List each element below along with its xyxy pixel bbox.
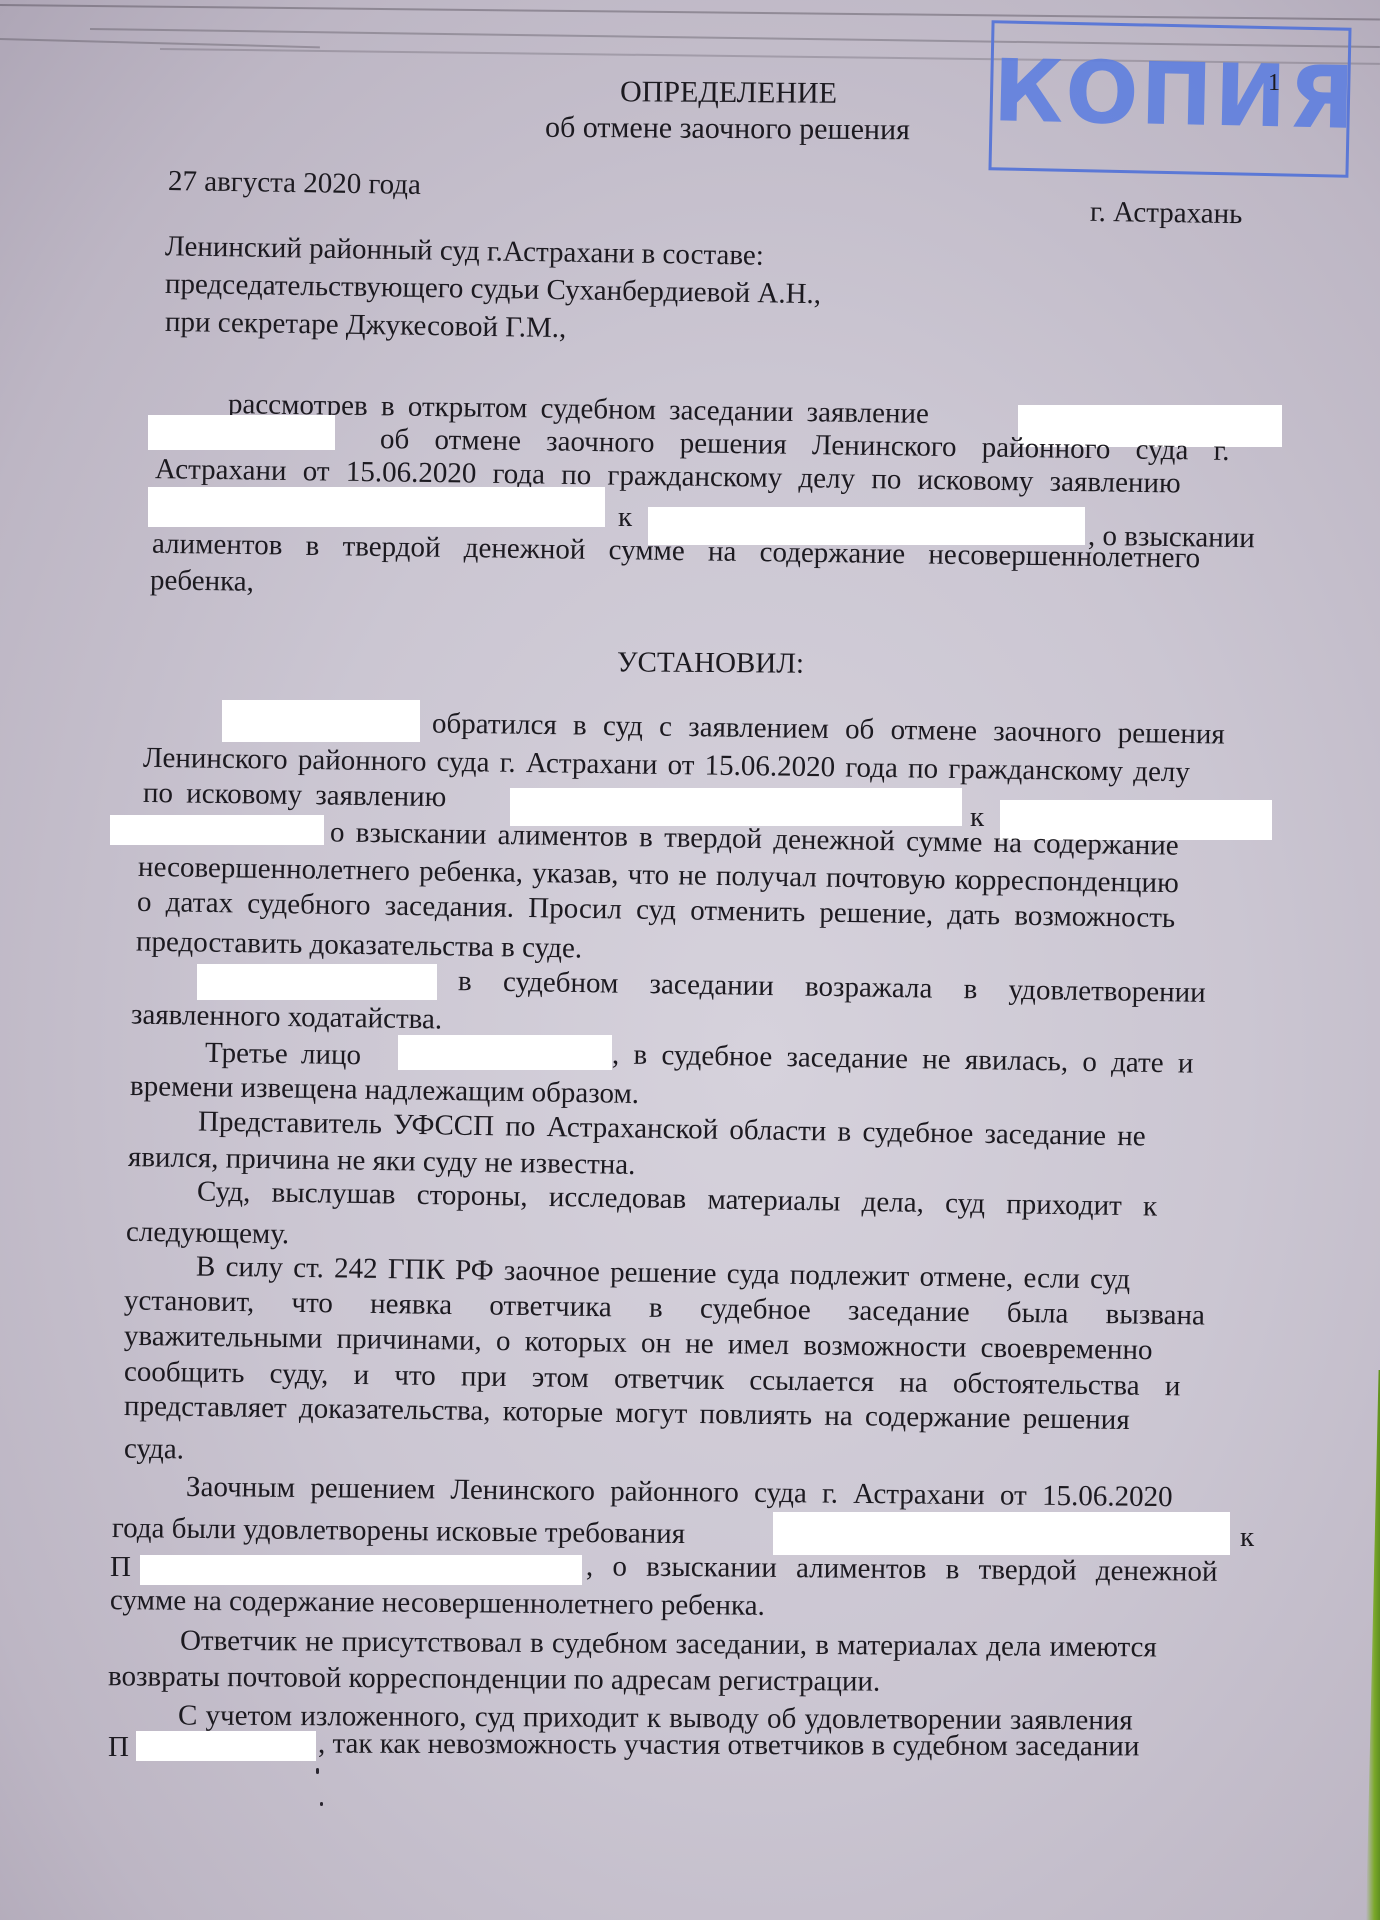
page-number: 1 <box>1268 70 1280 97</box>
copy-stamp-label: КОПИЯ <box>992 41 1348 148</box>
document-title: ОПРЕДЕЛЕНИЕ <box>620 75 837 111</box>
body-line: Ответчик не присутствовал в судебном зас… <box>180 1624 1157 1665</box>
body-line: суда. <box>124 1432 185 1467</box>
body-line: возвраты почтовой корреспонденции по адр… <box>108 1659 880 1698</box>
body-line: Заочным решением Ленинского районного су… <box>186 1470 1173 1514</box>
body-line: обратился в суд с заявлением об отмене з… <box>432 706 1225 751</box>
document-page: КОПИЯ 1 ОПРЕДЕЛЕНИЕ об отмене заочного р… <box>0 0 1380 1920</box>
redacted-field <box>110 815 324 845</box>
redacted-field <box>148 487 605 527</box>
print-streak <box>0 4 1380 20</box>
redacted-field <box>136 1731 316 1761</box>
redacted-field <box>140 1555 582 1585</box>
redacted-field <box>148 415 335 450</box>
print-streak <box>0 38 320 48</box>
print-speck <box>320 1802 323 1806</box>
court-line: при секретаре Джукесовой Г.М., <box>165 305 567 345</box>
redacted-field <box>773 1512 1230 1555</box>
body-line: П <box>110 1550 131 1584</box>
body-line: года были удовлетворены исковые требован… <box>112 1511 685 1551</box>
redacted-field <box>222 700 420 742</box>
body-line: , о взыскании алиментов в твердой денежн… <box>586 1549 1218 1589</box>
body-line: Суд, выслушав стороны, исследовав матери… <box>197 1174 1158 1223</box>
redacted-field <box>197 964 437 1000</box>
body-line: предоставить доказательства в суде. <box>136 924 583 965</box>
copy-stamp: КОПИЯ <box>988 20 1351 178</box>
intro-line: к <box>618 500 632 534</box>
court-line: председательствующего судьи Суханбердиев… <box>165 267 822 311</box>
body-line: следующему. <box>126 1215 290 1252</box>
background-edge <box>1366 1370 1380 1920</box>
document-city: г. Астрахань <box>1090 195 1243 231</box>
print-speck <box>316 1768 319 1774</box>
body-line: , в судебное заседание не явилась, о дат… <box>612 1037 1194 1080</box>
body-line: в судебном заседании возражала в удовлет… <box>458 964 1206 1010</box>
body-line: , так как невозможность участия ответчик… <box>318 1727 1139 1764</box>
body-line: заявленного ходатайства. <box>131 998 443 1037</box>
section-heading: УСТАНОВИЛ: <box>617 645 804 680</box>
document-subtitle: об отмене заочного решения <box>545 111 910 148</box>
body-line: к <box>1240 1520 1254 1554</box>
intro-line: ребенка, <box>150 563 254 598</box>
document-date: 27 августа 2020 года <box>168 164 421 202</box>
body-line: П <box>108 1730 129 1764</box>
body-line: Третье лицо <box>205 1036 362 1072</box>
body-line: сумме на содержание несовершеннолетнего … <box>110 1583 765 1623</box>
redacted-field <box>398 1035 612 1070</box>
body-line: по исковому заявлению <box>143 776 447 814</box>
court-line: Ленинский районный суд г.Астрахани в сос… <box>165 229 764 272</box>
